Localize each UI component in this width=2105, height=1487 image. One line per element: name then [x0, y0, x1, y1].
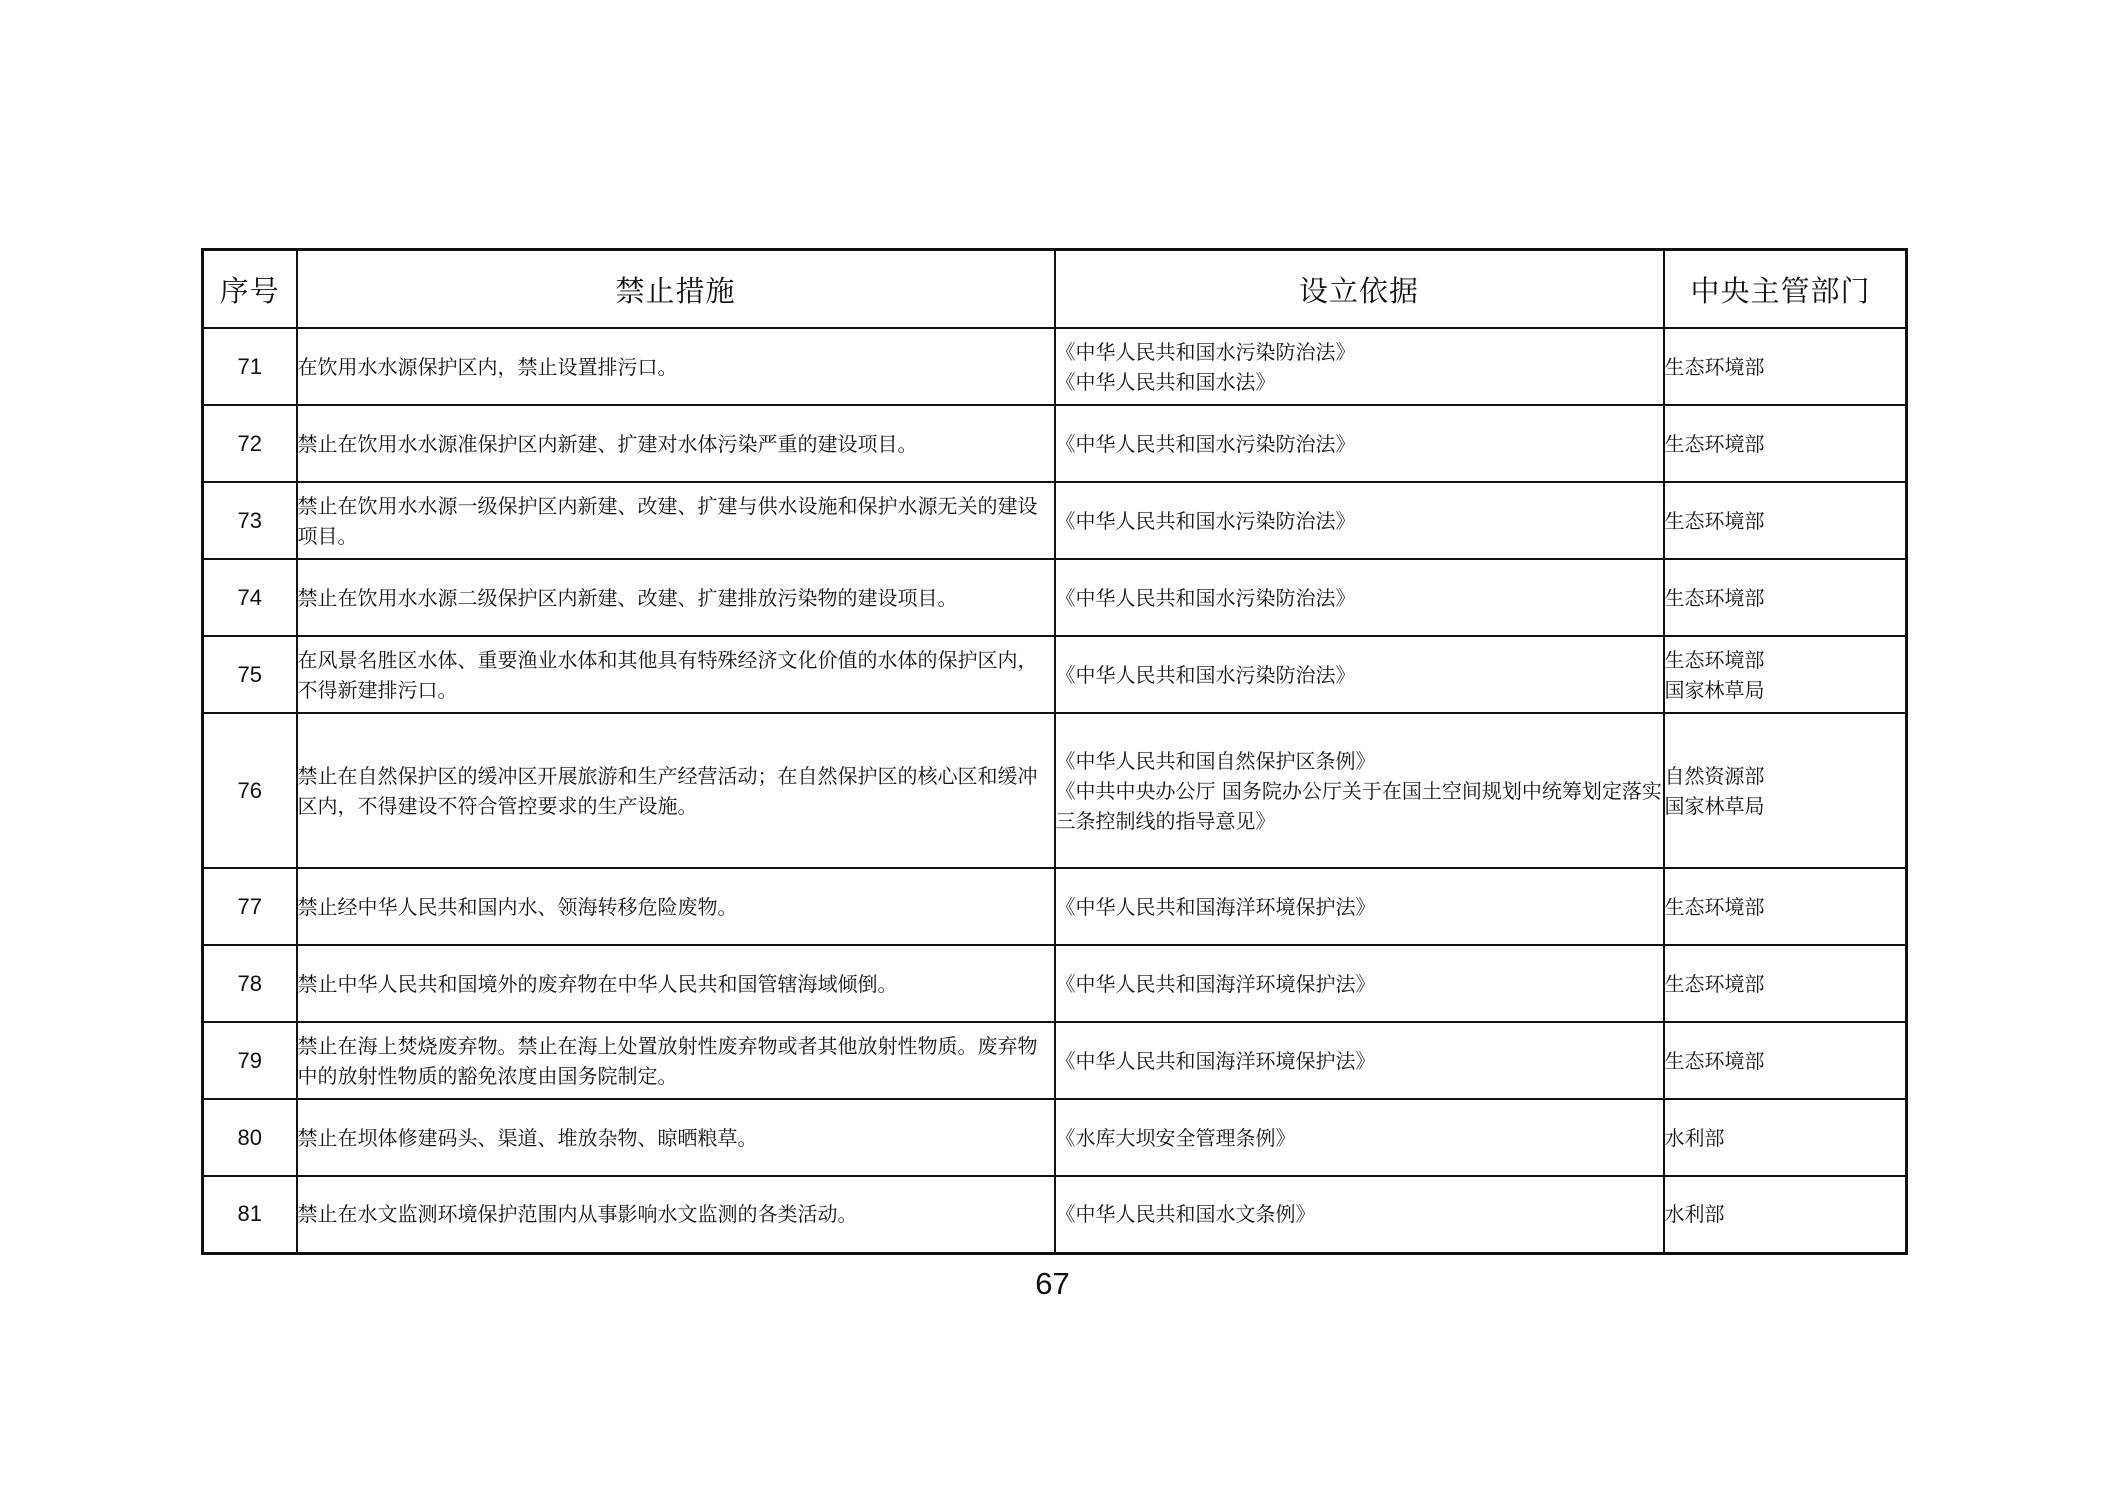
cell-basis: 《水库大坝安全管理条例》 — [1055, 1099, 1664, 1176]
cell-basis: 《中华人民共和国海洋环境保护法》 — [1055, 1022, 1664, 1099]
cell-measure: 禁止在海上焚烧废弃物。禁止在海上处置放射性废弃物或者其他放射性物质。废弃物中的放… — [297, 1022, 1055, 1099]
header-measure: 禁止措施 — [297, 250, 1055, 329]
cell-seq: 78 — [203, 945, 297, 1022]
cell-basis: 《中华人民共和国水污染防治法》 《中华人民共和国水法》 — [1055, 328, 1664, 405]
cell-measure: 禁止在水文监测环境保护范围内从事影响水文监测的各类活动。 — [297, 1176, 1055, 1253]
cell-dept: 生态环境部 国家林草局 — [1664, 636, 1907, 713]
cell-seq: 79 — [203, 1022, 297, 1099]
cell-measure: 禁止在自然保护区的缓冲区开展旅游和生产经营活动；在自然保护区的核心区和缓冲区内，… — [297, 713, 1055, 868]
table-row: 81 禁止在水文监测环境保护范围内从事影响水文监测的各类活动。 《中华人民共和国… — [203, 1176, 1907, 1253]
cell-measure: 在饮用水水源保护区内，禁止设置排污口。 — [297, 328, 1055, 405]
header-dept: 中央主管部门 — [1664, 250, 1907, 329]
header-seq: 序号 — [203, 250, 297, 329]
dept-line: 国家林草局 — [1665, 791, 1906, 821]
table-row: 76 禁止在自然保护区的缓冲区开展旅游和生产经营活动；在自然保护区的核心区和缓冲… — [203, 713, 1907, 868]
table-row: 75 在风景名胜区水体、重要渔业水体和其他具有特殊经济文化价值的水体的保护区内，… — [203, 636, 1907, 713]
cell-measure: 禁止在坝体修建码头、渠道、堆放杂物、晾晒粮草。 — [297, 1099, 1055, 1176]
basis-line: 《中华人民共和国水污染防治法》 — [1056, 337, 1663, 367]
dept-line: 生态环境部 — [1665, 583, 1906, 613]
cell-dept: 水利部 — [1664, 1099, 1907, 1176]
page-number: 67 — [0, 1266, 2105, 1302]
table-row: 73 禁止在饮用水水源一级保护区内新建、改建、扩建与供水设施和保护水源无关的建设… — [203, 482, 1907, 559]
cell-basis: 《中华人民共和国水污染防治法》 — [1055, 636, 1664, 713]
cell-dept: 生态环境部 — [1664, 559, 1907, 636]
cell-basis: 《中华人民共和国水文条例》 — [1055, 1176, 1664, 1253]
dept-line: 生态环境部 — [1665, 352, 1906, 382]
basis-line: 《中华人民共和国水法》 — [1056, 367, 1663, 397]
dept-line: 自然资源部 — [1665, 761, 1906, 791]
cell-measure: 禁止经中华人民共和国内水、领海转移危险废物。 — [297, 868, 1055, 945]
basis-line: 《水库大坝安全管理条例》 — [1056, 1123, 1663, 1153]
cell-basis: 《中华人民共和国水污染防治法》 — [1055, 405, 1664, 482]
dept-line: 生态环境部 — [1665, 645, 1906, 675]
cell-measure: 禁止中华人民共和国境外的废弃物在中华人民共和国管辖海域倾倒。 — [297, 945, 1055, 1022]
header-basis: 设立依据 — [1055, 250, 1664, 329]
cell-basis: 《中华人民共和国海洋环境保护法》 — [1055, 868, 1664, 945]
cell-seq: 74 — [203, 559, 297, 636]
dept-line: 生态环境部 — [1665, 429, 1906, 459]
dept-line: 生态环境部 — [1665, 969, 1906, 999]
dept-line: 水利部 — [1665, 1123, 1906, 1153]
cell-dept: 自然资源部 国家林草局 — [1664, 713, 1907, 868]
basis-line: 《中华人民共和国水污染防治法》 — [1056, 583, 1663, 613]
dept-line: 国家林草局 — [1665, 675, 1906, 705]
cell-seq: 76 — [203, 713, 297, 868]
document-page: 序号 禁止措施 设立依据 中央主管部门 71 在饮用水水源保护区内，禁止设置排污… — [0, 0, 2105, 1487]
basis-line: 《中华人民共和国海洋环境保护法》 — [1056, 892, 1663, 922]
cell-basis: 《中华人民共和国水污染防治法》 — [1055, 482, 1664, 559]
table-row: 72 禁止在饮用水水源准保护区内新建、扩建对水体污染严重的建设项目。 《中华人民… — [203, 405, 1907, 482]
basis-line: 《中华人民共和国水污染防治法》 — [1056, 660, 1663, 690]
dept-line: 生态环境部 — [1665, 506, 1906, 536]
cell-basis: 《中华人民共和国自然保护区条例》 《中共中央办公厅 国务院办公厅关于在国土空间规… — [1055, 713, 1664, 868]
cell-measure: 禁止在饮用水水源准保护区内新建、扩建对水体污染严重的建设项目。 — [297, 405, 1055, 482]
cell-dept: 水利部 — [1664, 1176, 1907, 1253]
cell-seq: 75 — [203, 636, 297, 713]
cell-dept: 生态环境部 — [1664, 405, 1907, 482]
dept-line: 生态环境部 — [1665, 892, 1906, 922]
cell-seq: 81 — [203, 1176, 297, 1253]
table-row: 80 禁止在坝体修建码头、渠道、堆放杂物、晾晒粮草。 《水库大坝安全管理条例》 … — [203, 1099, 1907, 1176]
basis-line: 《中华人民共和国自然保护区条例》 — [1056, 746, 1663, 776]
cell-dept: 生态环境部 — [1664, 1022, 1907, 1099]
basis-line: 《中华人民共和国水污染防治法》 — [1056, 429, 1663, 459]
cell-basis: 《中华人民共和国水污染防治法》 — [1055, 559, 1664, 636]
cell-measure: 禁止在饮用水水源二级保护区内新建、改建、扩建排放污染物的建设项目。 — [297, 559, 1055, 636]
table-row: 78 禁止中华人民共和国境外的废弃物在中华人民共和国管辖海域倾倒。 《中华人民共… — [203, 945, 1907, 1022]
cell-dept: 生态环境部 — [1664, 868, 1907, 945]
cell-measure: 禁止在饮用水水源一级保护区内新建、改建、扩建与供水设施和保护水源无关的建设项目。 — [297, 482, 1055, 559]
cell-seq: 71 — [203, 328, 297, 405]
table-header-row: 序号 禁止措施 设立依据 中央主管部门 — [203, 250, 1907, 329]
dept-line: 生态环境部 — [1665, 1046, 1906, 1076]
table-row: 71 在饮用水水源保护区内，禁止设置排污口。 《中华人民共和国水污染防治法》 《… — [203, 328, 1907, 405]
basis-line: 《中共中央办公厅 国务院办公厅关于在国土空间规划中统筹划定落实三条控制线的指导意… — [1056, 776, 1663, 836]
cell-dept: 生态环境部 — [1664, 328, 1907, 405]
dept-line: 水利部 — [1665, 1199, 1906, 1229]
basis-line: 《中华人民共和国海洋环境保护法》 — [1056, 969, 1663, 999]
cell-seq: 72 — [203, 405, 297, 482]
cell-measure: 在风景名胜区水体、重要渔业水体和其他具有特殊经济文化价值的水体的保护区内，不得新… — [297, 636, 1055, 713]
table-row: 79 禁止在海上焚烧废弃物。禁止在海上处置放射性废弃物或者其他放射性物质。废弃物… — [203, 1022, 1907, 1099]
cell-basis: 《中华人民共和国海洋环境保护法》 — [1055, 945, 1664, 1022]
cell-dept: 生态环境部 — [1664, 482, 1907, 559]
cell-seq: 80 — [203, 1099, 297, 1176]
cell-dept: 生态环境部 — [1664, 945, 1907, 1022]
cell-seq: 73 — [203, 482, 297, 559]
basis-line: 《中华人民共和国水污染防治法》 — [1056, 506, 1663, 536]
table-row: 74 禁止在饮用水水源二级保护区内新建、改建、扩建排放污染物的建设项目。 《中华… — [203, 559, 1907, 636]
prohibition-measures-table: 序号 禁止措施 设立依据 中央主管部门 71 在饮用水水源保护区内，禁止设置排污… — [201, 248, 1908, 1255]
table-row: 77 禁止经中华人民共和国内水、领海转移危险废物。 《中华人民共和国海洋环境保护… — [203, 868, 1907, 945]
basis-line: 《中华人民共和国水文条例》 — [1056, 1199, 1663, 1229]
cell-seq: 77 — [203, 868, 297, 945]
basis-line: 《中华人民共和国海洋环境保护法》 — [1056, 1046, 1663, 1076]
